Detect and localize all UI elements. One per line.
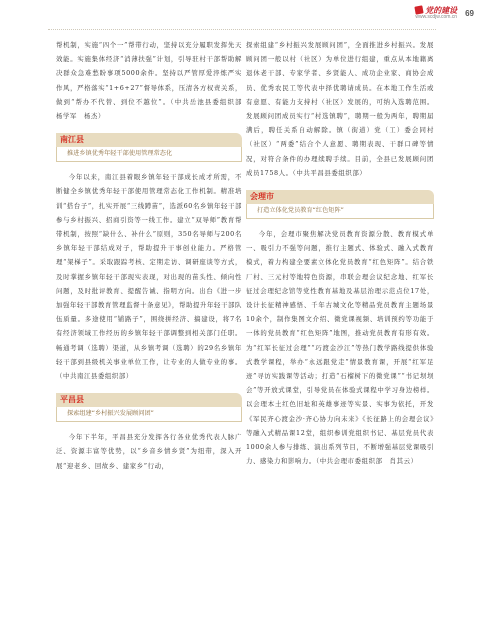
logo-text: 党的建设: [425, 6, 457, 14]
page-number: 69: [465, 9, 474, 18]
section-name: 平昌县: [60, 393, 84, 407]
section-header: 会理市: [246, 190, 434, 204]
page-header: 党的建设 www.scdjw.com.cn 69: [415, 4, 474, 22]
paragraph: 帮机制，实施“四个一”帮带行动，坚持以充分履职发挥先天效能。实施集体经济“消薄扶…: [56, 38, 242, 123]
logo-url: www.scdjw.com.cn: [415, 14, 457, 20]
section-name: 会理市: [250, 190, 274, 204]
section-pingchang: 平昌县 探索组建“乡村振兴发展顾问团”: [56, 393, 242, 422]
section-subtitle-box: 探索组建“乡村振兴发展顾问团”: [56, 407, 242, 422]
section-title: 探索组建“乡村振兴发展顾问团”: [67, 407, 154, 421]
section-subtitle-box: 推进乡镇优秀年轻干部使用管理常态化: [56, 147, 242, 162]
magazine-logo: 党的建设 www.scdjw.com.cn: [415, 6, 457, 20]
paragraph: 探索组建“乡村振兴发展顾问团”，全面推进乡村振兴。发展顾问团一般以村（社区）为单…: [246, 38, 434, 180]
header-divider: [48, 29, 436, 30]
section-huili: 会理市 打造立体化党员教育“红色矩阵”: [246, 190, 434, 219]
right-column: 探索组建“乡村振兴发展顾问团”，全面推进乡村振兴。发展顾问团一般以村（社区）为单…: [246, 38, 434, 468]
paragraph: 今年下半年，平昌县充分发挥各行各业优秀代表人脉广泛、资源丰富等优势，以“乡音乡情…: [56, 430, 242, 473]
section-title: 推进乡镇优秀年轻干部使用管理常态化: [67, 147, 172, 161]
left-column: 帮机制，实施“四个一”帮带行动，坚持以充分履职发挥先天效能。实施集体经济“消薄扶…: [56, 38, 242, 473]
section-subtitle-box: 打造立体化党员教育“红色矩阵”: [246, 204, 434, 219]
section-nanjiang: 南江县 推进乡镇优秀年轻干部使用管理常态化: [56, 133, 242, 162]
section-header: 平昌县: [56, 393, 242, 407]
section-name: 南江县: [60, 133, 84, 147]
flag-icon: [414, 5, 423, 14]
paragraph: 今年，会理市聚焦解决党员教育资源分散、教育模式单一、吸引力不强等问题，推行主题式…: [246, 227, 434, 468]
section-header: 南江县: [56, 133, 242, 147]
section-title: 打造立体化党员教育“红色矩阵”: [257, 204, 344, 218]
paragraph: 今年以来，南江县着眼乡镇年轻干部成长成才所需，不断健全乡镇优秀年轻干部使用管理常…: [56, 170, 242, 383]
